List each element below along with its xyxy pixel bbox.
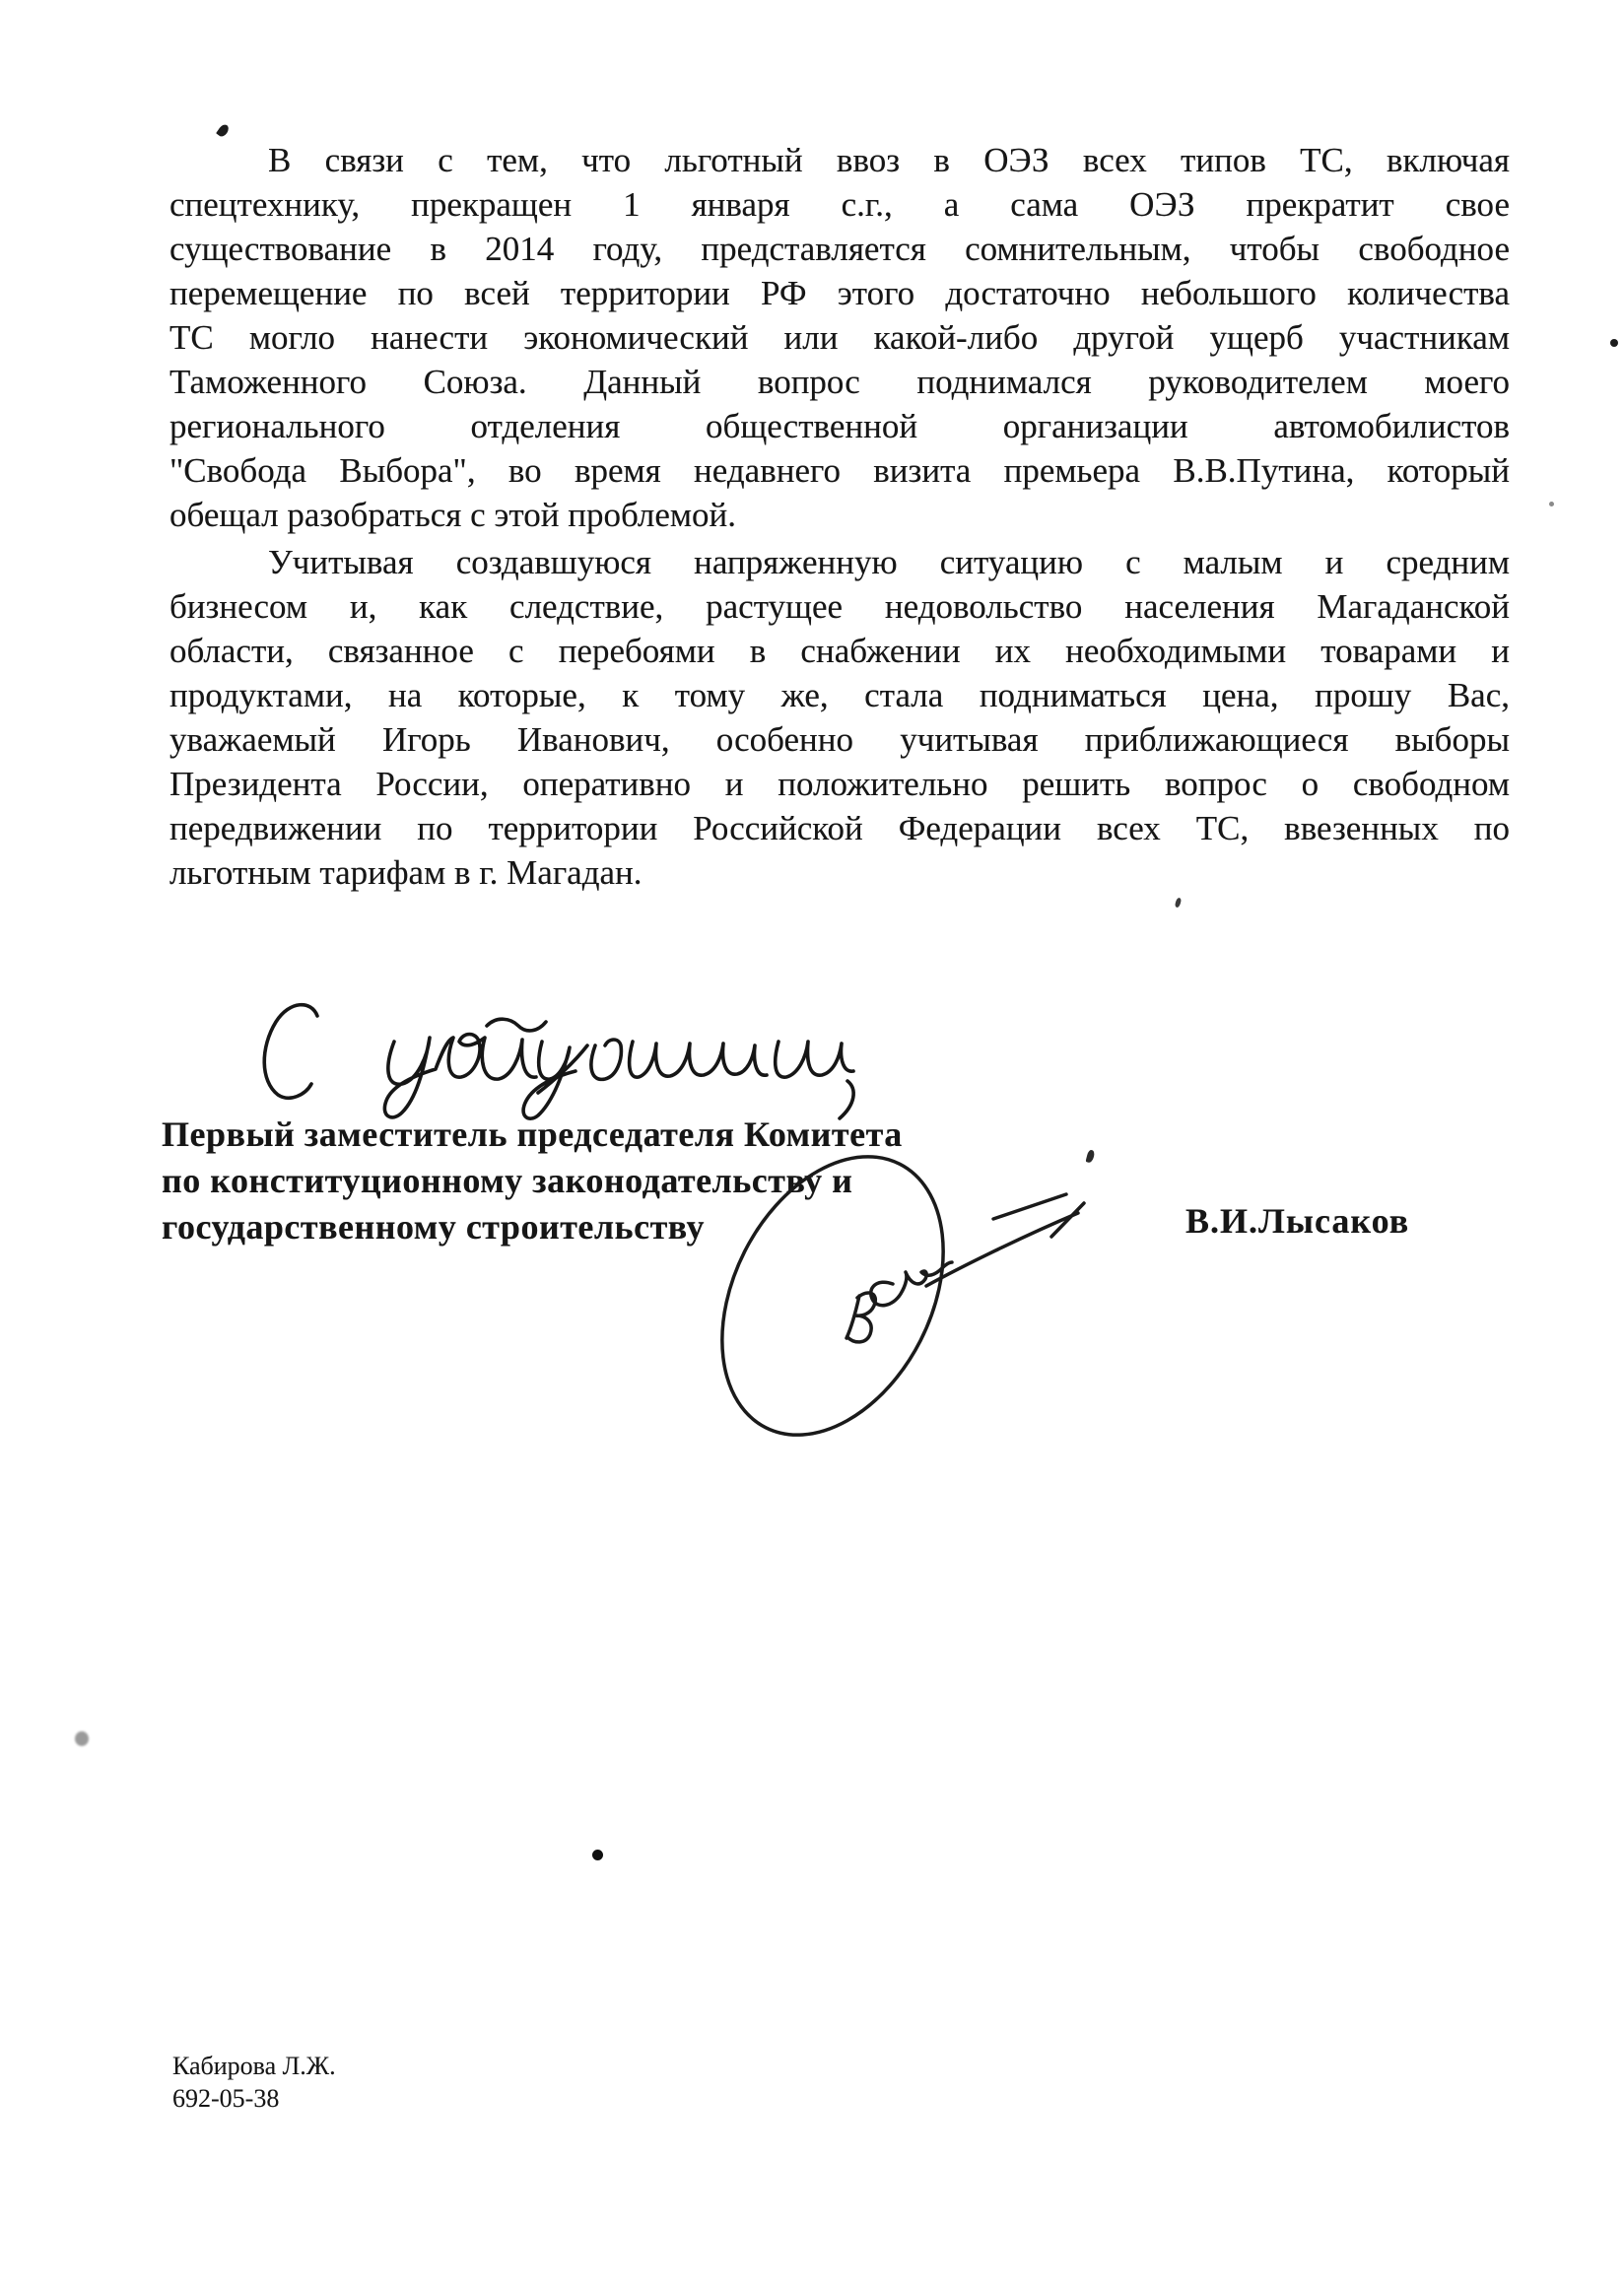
handwriting-word [384,1019,853,1118]
text-line: перемещение по всей территории РФ этого … [169,271,1510,315]
body-paragraph-2: Учитывая создавшуюся напряженную ситуаци… [169,540,1510,895]
text-line: спецтехнику, прекращен 1 января с.г., а … [169,182,1510,227]
text-line: Учитывая создавшуюся напряженную ситуаци… [169,540,1510,584]
handwriting-letter-c [264,1005,317,1099]
scan-speck [216,123,231,139]
executor-block: Кабирова Л.Ж. 692-05-38 [172,2050,336,2115]
closing-handwriting [246,990,877,1123]
text-line: Президента России, оперативно и положите… [169,762,1510,806]
executor-phone: 692-05-38 [172,2082,336,2115]
signature-flourish-dash [993,1194,1066,1219]
scan-speck [75,1731,89,1746]
text-line: Таможенного Союза. Данный вопрос поднима… [169,360,1510,404]
signature-scrawl [631,1128,1104,1453]
text-line: уважаемый Игорь Иванович, особенно учиты… [169,717,1510,762]
text-line: области, связанное с перебоями в снабжен… [169,629,1510,673]
scan-speck [1549,502,1554,506]
signature-flourish [926,1213,1078,1286]
scan-speck [1610,339,1618,347]
text-line: передвижении по территории Российской Фе… [169,806,1510,850]
text-line: обещал разобраться с этой проблемой. [169,493,1510,537]
text-line: регионального отделения общественной орг… [169,404,1510,448]
scan-speck [1175,897,1183,908]
text-line: ТС могло нанести экономический или какой… [169,315,1510,360]
text-line: В связи с тем, что льготный ввоз в ОЭЗ в… [169,138,1510,182]
text-line: продуктами, на которые, к тому же, стала… [169,673,1510,717]
signature-flourish-cross [1051,1203,1084,1237]
text-line: существование в 2014 году, представляетс… [169,227,1510,271]
executor-name: Кабирова Л.Ж. [172,2050,336,2082]
signer-name: В.И.Лысаков [1185,1200,1409,1242]
body-paragraph-1: В связи с тем, что льготный ввоз в ОЭЗ в… [169,138,1510,537]
text-line: льготным тарифам в г. Магадан. [169,850,1510,895]
text-line: "Свобода Выбора", во время недавнего виз… [169,448,1510,493]
scanned-letter-page: В связи с тем, что льготный ввоз в ОЭЗ в… [0,0,1624,2293]
scan-speck [592,1850,603,1860]
text-line: бизнесом и, как следствие, растущее недо… [169,584,1510,629]
letter-body: В связи с тем, что льготный ввоз в ОЭЗ в… [169,138,1510,895]
signature-oval [678,1128,987,1453]
